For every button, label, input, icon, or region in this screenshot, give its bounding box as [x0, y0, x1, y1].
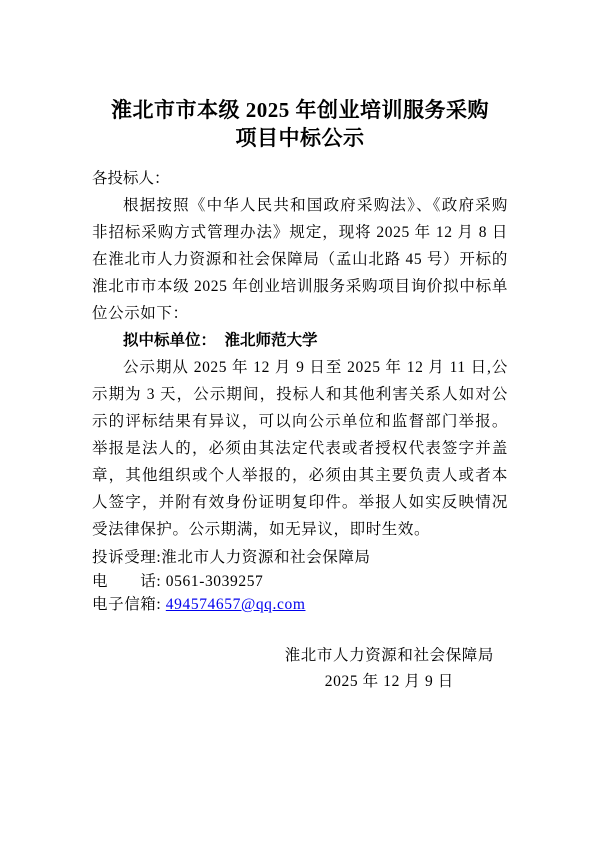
paragraph-publicity: 公示期从 2025 年 12 月 9 日至 2025 年 12 月 11 日,公…: [92, 354, 508, 543]
email-line: 电子信箱: 494574657@qq.com: [92, 593, 508, 617]
email-link[interactable]: 494574657@qq.com: [166, 596, 306, 613]
signature-date: 2025 年 12 月 9 日: [285, 669, 494, 695]
title-line-1: 淮北市市本级 2025 年创业培训服务采购: [92, 96, 508, 124]
phone-line: 电 话: 0561-3039257: [92, 570, 508, 594]
winner-name: 淮北师范大学: [225, 332, 318, 349]
salutation: 各投标人：: [92, 165, 508, 192]
paragraph-basis: 根据按照《中华人民共和国政府采购法》、《政府采购非招标采购方式管理办法》规定，现…: [92, 192, 508, 327]
phone-number: 0561-3039257: [166, 573, 264, 590]
winner-label: 拟中标单位：: [123, 332, 216, 349]
email-label: 电子信箱:: [92, 596, 166, 613]
phone-label: 电 话:: [92, 573, 166, 590]
document-title: 淮北市市本级 2025 年创业培训服务采购 项目中标公示: [92, 96, 508, 152]
document-page: 淮北市市本级 2025 年创业培训服务采购 项目中标公示 各投标人： 根据按照《…: [0, 0, 600, 848]
winner-line: 拟中标单位：淮北师范大学: [92, 327, 508, 354]
signature-org: 淮北市人力资源和社会保障局: [285, 643, 494, 669]
signature-block: 淮北市人力资源和社会保障局 2025 年 12 月 9 日: [285, 643, 494, 695]
title-line-2: 项目中标公示: [92, 124, 508, 152]
complaint-line: 投诉受理:淮北市人力资源和社会保障局: [92, 546, 508, 570]
